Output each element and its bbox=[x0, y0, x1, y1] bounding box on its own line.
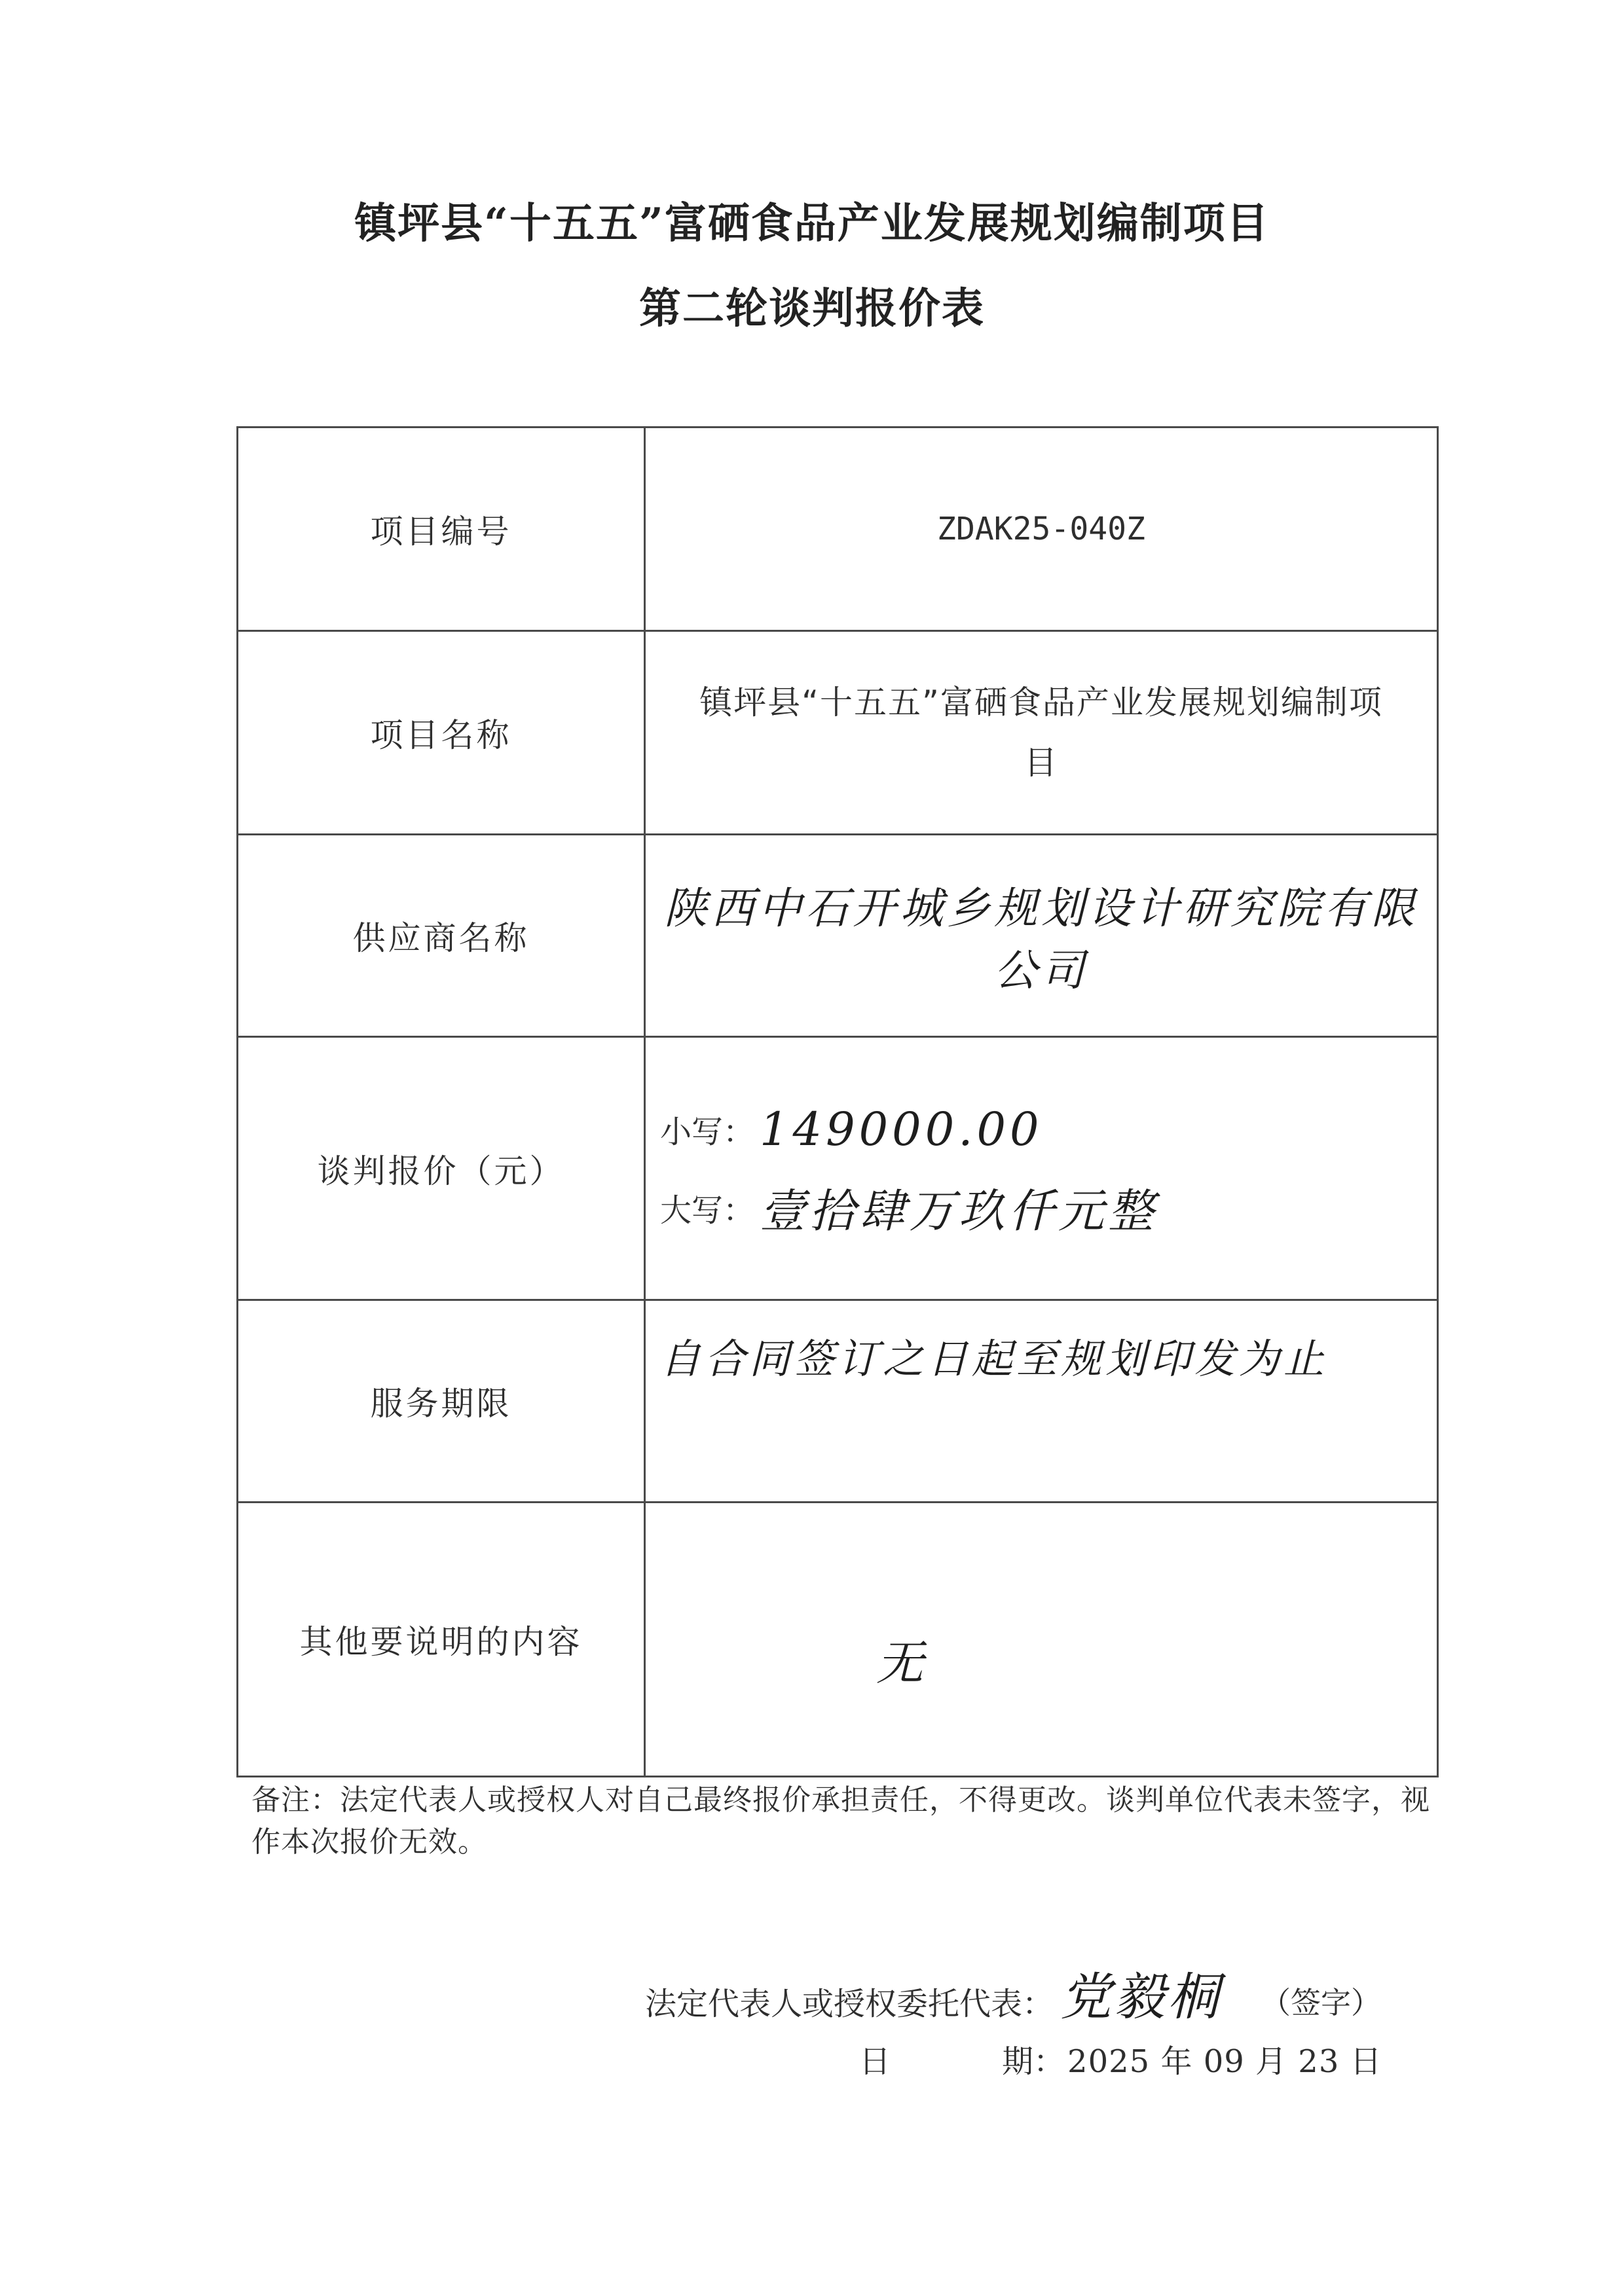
table-row-service-period: 服务期限 自合同签订之日起至规划印发为止 bbox=[238, 1300, 1438, 1503]
supplier-name-label: 供应商名称 bbox=[238, 835, 645, 1037]
price-lowercase-handwritten: 149000.00 bbox=[760, 1102, 1043, 1156]
table-row-supplier-name: 供应商名称 陕西中石开城乡规划设计研究院有限公司 bbox=[238, 835, 1438, 1037]
other-notes-label: 其他要说明的内容 bbox=[238, 1503, 645, 1777]
supplier-name-cell: 陕西中石开城乡规划设计研究院有限公司 bbox=[645, 835, 1438, 1037]
table-row-quote-price: 谈判报价（元） 小写： 149000.00 大写： 壹拾肆万玖仟元整 bbox=[238, 1037, 1438, 1300]
project-name-value: 镇坪县“十五五”富硒食品产业发展规划编制项目 bbox=[645, 631, 1438, 835]
date-value: 2025 年 09 月 23 日 bbox=[1067, 2036, 1382, 2081]
handwritten-signature: 党毅桐 bbox=[1060, 1956, 1221, 2030]
date-label-day: 日 bbox=[859, 2036, 891, 2081]
service-period-label: 服务期限 bbox=[238, 1300, 645, 1503]
price-uppercase-line: 大写： 壹拾肆万玖仟元整 bbox=[660, 1169, 1436, 1247]
remark-note: 备注：法定代表人或授权人对自己最终报价承担责任，不得更改。谈判单位代表未签字，视… bbox=[251, 1779, 1443, 1863]
quotation-table: 项目编号 ZDAK25-040Z 项目名称 镇坪县“十五五”富硒食品产业发展规划… bbox=[236, 426, 1439, 1777]
date-line: 日 期： 2025 年 09 月 23 日 bbox=[859, 2036, 1382, 2081]
document-title: 镇坪县“十五五”富硒食品产业发展规划编制项目 bbox=[0, 190, 1624, 250]
price-uppercase-handwritten: 壹拾肆万玖仟元整 bbox=[760, 1175, 1158, 1241]
service-period-cell: 自合同签订之日起至规划印发为止 bbox=[645, 1300, 1438, 1503]
service-period-handwritten: 自合同签订之日起至规划印发为止 bbox=[660, 1335, 1328, 1383]
table-row-project-number: 项目编号 ZDAK25-040Z bbox=[238, 428, 1438, 631]
price-lowercase-label: 小写： bbox=[660, 1106, 754, 1152]
quote-price-cell: 小写： 149000.00 大写： 壹拾肆万玖仟元整 bbox=[645, 1037, 1438, 1300]
price-lowercase-line: 小写： 149000.00 bbox=[660, 1090, 1436, 1169]
date-label-period: 期： bbox=[1002, 2036, 1065, 2081]
signature-line: 法定代表人或授权委托代表： 党毅桐 （签字） bbox=[645, 1964, 1381, 2037]
table-row-other-notes: 其他要说明的内容 无 bbox=[238, 1503, 1438, 1777]
supplier-name-handwritten: 陕西中石开城乡规划设计研究院有限公司 bbox=[664, 883, 1418, 996]
project-name-label: 项目名称 bbox=[238, 631, 645, 835]
document-subtitle: 第二轮谈判报价表 bbox=[0, 275, 1624, 335]
table-row-project-name: 项目名称 镇坪县“十五五”富硒食品产业发展规划编制项目 bbox=[238, 631, 1438, 835]
signature-label: 法定代表人或授权委托代表： bbox=[645, 1978, 1054, 2024]
project-number-label: 项目编号 bbox=[238, 428, 645, 631]
other-notes-cell: 无 bbox=[645, 1503, 1438, 1777]
signature-hint: （签字） bbox=[1261, 1979, 1381, 2022]
project-number-value: ZDAK25-040Z bbox=[645, 428, 1438, 631]
other-notes-handwritten: 无 bbox=[876, 1635, 927, 1690]
quote-price-label: 谈判报价（元） bbox=[238, 1037, 645, 1300]
price-uppercase-label: 大写： bbox=[660, 1185, 754, 1230]
